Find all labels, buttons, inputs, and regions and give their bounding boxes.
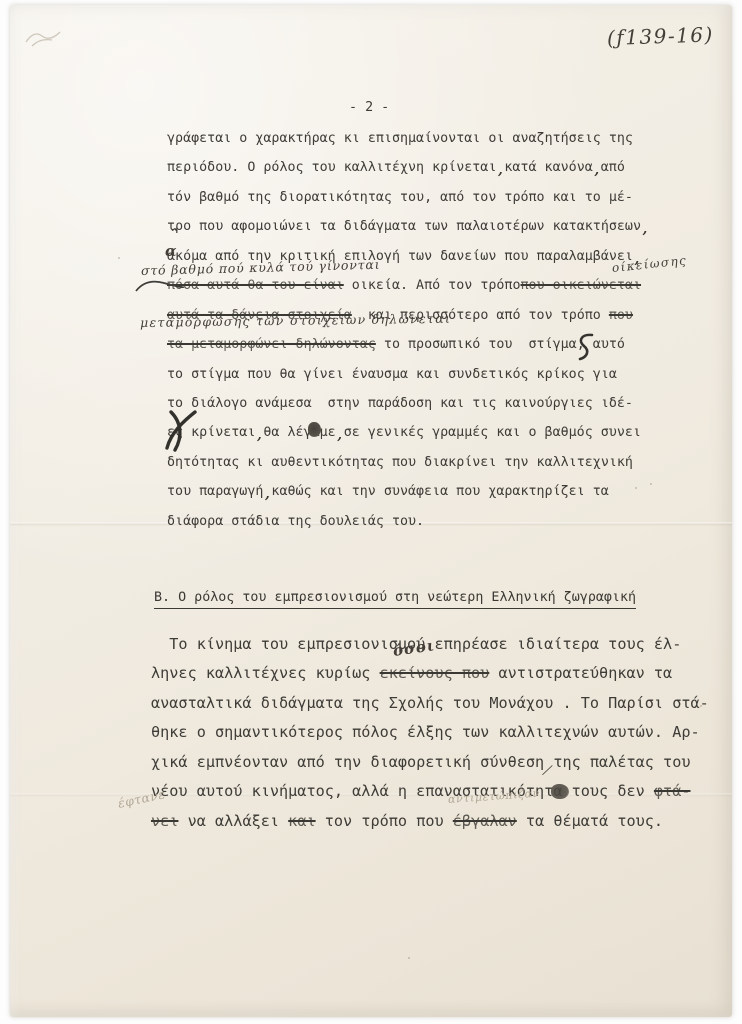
typed-text: ληνες καλλιτέχνες κυρίως [151,664,380,682]
typed-line: ανασταλτικά διδάγματα της Σχολής του Μον… [151,689,709,718]
typed-text: τον τρόπο που [316,812,453,830]
typed-line: το στίγμα που θα γίνει έναυσμα και συνδε… [167,360,649,389]
typed-text: το διάλογο ανάμεσα στην παράδοση και τις… [167,396,633,411]
handwritten-comma: , [641,215,649,244]
struck-text: εκείνους που [380,664,490,682]
typed-text: τόν βαθμό της διορατικότητας του, από το… [167,190,633,205]
typed-line: περιόδου. Ο ρόλος του καλλιτέχνη κρίνετα… [167,153,649,182]
typed-line: τρο που αφομοιώνει τα διδάγματα των παλα… [167,212,649,241]
typed-text: διάφορα στάδια της δουλειάς του. [167,514,424,529]
page-number: - 2 - [349,100,389,115]
section-heading: Β. Ο ρόλος του εμπρεσιονισμού στη νεώτερ… [154,590,636,605]
typed-line: το διάλογο ανάμεσα στην παράδοση και τις… [167,389,649,418]
typed-line: ληνες καλλιτέχνες κυρίως εκείνους που αν… [151,659,709,688]
struck-text: νει [151,812,178,830]
typed-text: γράφεται ο χαρακτήρας κι επισημαίνονται … [167,131,633,146]
typed-line: πόσα αυτά θα του είναι οικεία. Από τον τ… [167,271,649,300]
struck-text: που οικειώνεται [521,278,642,293]
typed-line: χικά εμπνέονταν από την διαφορετική σύνθ… [151,748,709,777]
typed-line: δητότητας κι αυθεντικότητας που διακρίνε… [167,448,649,477]
struck-text: φτά- [654,782,691,800]
typed-text: καθώς και την συνάφεια που χαρακτηρίζει … [271,484,608,499]
pencil-scribble-icon [22,22,70,52]
typed-text: σε γενικές γραμμές και ο βαθμός συνει [344,425,641,440]
typed-text: να αλλάξει [178,812,288,830]
dust-speck [408,957,410,959]
typed-text: θηκε ο σημαντικότερος πόλος έλξης των κα… [151,723,700,741]
typed-text: το προσωπικό του στίγμα, [376,337,585,352]
folio-note: (ƒ139-16) [607,22,715,50]
typed-line: θηκε ο σημαντικότερος πόλος έλξης των κα… [151,718,709,747]
typed-text: δητότητας κι αυθεντικότητας που διακρίνε… [167,455,633,470]
struck-text: πόσα αυτά θα του είναι [167,278,344,293]
typed-text: κρίνεται [191,425,255,440]
typed-line: γράφεται ο χαρακτήρας κι επισημαίνονται … [167,124,649,153]
ink-blot-correction [551,784,569,799]
handwritten-comma: , [263,480,271,509]
handwritten-comma: , [336,421,344,450]
overwrite-alpha: α [165,242,177,260]
typed-text: τα θέματά τους. [517,812,663,830]
pen-strike-lead-icon [134,276,186,294]
typed-line: νέου αυτού κινήματος, αλλά η επαναστατικ… [151,777,709,806]
struck-text: τα μεταμορφώνει δηλώνοντας [167,337,376,352]
typed-text: χικά εμπνέονταν από την διαφορετική σύνθ… [151,753,690,771]
typed-text: νέου αυτού κινήματος, αλλά η επαναστατικ… [151,782,654,800]
typed-text: οικεία. Από τον τρόπο [344,278,521,293]
dust-speck [650,483,652,485]
typed-text: του παραγωγή [167,484,263,499]
handwritten-comma: , [255,421,263,450]
typed-text: αυτό [593,337,625,352]
typed-line: του παραγωγή,καθώς και την συνάφεια που … [167,477,649,506]
struck-text: που [609,308,633,323]
typed-line: ες κρίνεται,θα λέγαμε,σε γενικές γραμμές… [167,418,649,447]
typed-text: αντιστρατεύθηκαν τα [489,664,672,682]
typed-text: τρο που αφομοιώνει τα διδάγματα των παλα… [167,219,641,234]
typed-line: διάφορα στάδια της δουλειάς του. [167,507,649,536]
dust-speck [118,257,120,259]
paragraph-1: γράφεται ο χαρακτήρας κι επισημαίνονται … [167,124,649,536]
paragraph-2: Το κίνημα του εμπρεσιονισμού επηρέασε ιδ… [151,630,709,836]
typed-line: τόν βαθμό της διορατικότητας του, από το… [167,183,649,212]
ink-blot-correction [308,422,321,437]
section-heading-text: Β. Ο ρόλος του εμπρεσιονισμού στη νεώτερ… [154,590,636,609]
handwritten-comma: , [593,156,601,185]
typed-line: νει να αλλάξει και τον τρόπο που έβγαλαν… [151,807,709,836]
struck-text: έβγαλαν [453,812,517,830]
pen-cross-mark-icon [161,408,199,452]
handwritten-comma: , [496,156,504,185]
typed-text: κατά κανόνα [504,160,592,175]
typed-text: περιόδου. Ο ρόλος του καλλιτέχνη κρίνετα… [167,160,496,175]
typed-text: το στίγμα που θα γίνει έναυσμα και συνδε… [167,367,617,382]
typed-text: ανασταλτικά διδάγματα της Σχολής του Μον… [151,694,709,712]
scanned-page: - 2 - γράφεται ο χαρακτήρας κι επισημαίν… [0,0,742,1024]
insertion-hook-icon [576,333,596,361]
typed-text: από [601,160,625,175]
typed-text: θα λέγαμε [263,425,335,440]
struck-text: και [288,812,315,830]
